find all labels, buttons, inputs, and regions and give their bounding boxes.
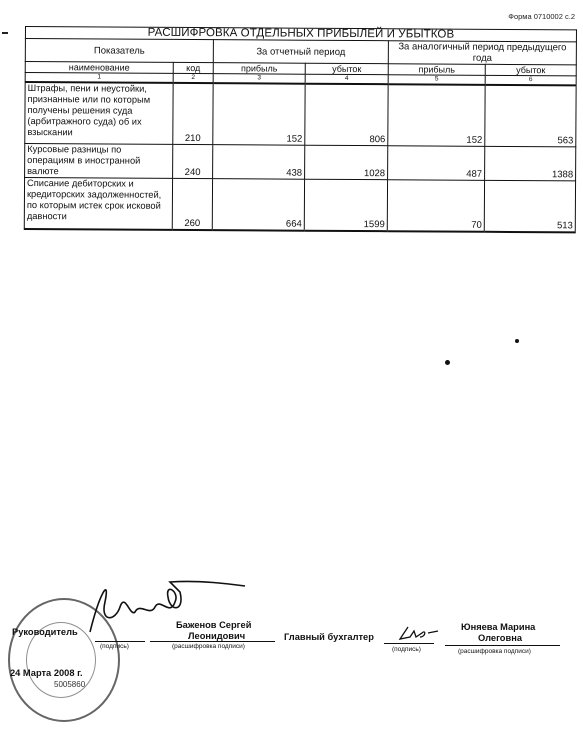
head-name-caption: (расшифровка подписи)	[172, 643, 245, 650]
header-current-period: За отчетный период	[213, 40, 388, 64]
current-profit-cell: 664	[212, 179, 304, 231]
head-name-line2: Леонидович	[188, 631, 245, 641]
head-signature-caption: (подпись)	[100, 643, 129, 650]
header-current-profit: прибыль	[213, 63, 305, 75]
column-number: 3	[213, 74, 305, 84]
report-table-container: РАСШИФРОВКА ОТДЕЛЬНЫХ ПРИБЫЛЕЙ И УБЫТКОВ…	[24, 26, 576, 233]
accountant-label: Главный бухгалтер	[284, 632, 374, 642]
header-previous-profit: прибыль	[388, 64, 485, 76]
current-loss-cell: 1599	[304, 179, 387, 231]
column-number: 4	[305, 74, 388, 84]
accountant-signature-line	[384, 643, 434, 644]
column-number: 6	[485, 75, 576, 85]
accountant-signature-scribble	[396, 625, 446, 643]
accountant-name-line1: Юняева Марина	[461, 622, 535, 632]
current-profit-cell: 438	[213, 145, 305, 180]
document-date: 24 Марта 2008 г.	[10, 668, 83, 678]
header-previous-loss: убыток	[485, 64, 576, 76]
previous-loss-cell: 513	[484, 180, 575, 232]
form-code: Форма 0710002 с.2	[508, 12, 575, 21]
header-code: код	[173, 62, 213, 73]
current-loss-cell: 1028	[305, 145, 388, 180]
accountant-name-line2: Олеговна	[478, 633, 522, 643]
scan-speck	[515, 339, 519, 343]
row-code: 240	[173, 144, 213, 178]
accountant-signature-caption: (подпись)	[392, 646, 421, 653]
previous-profit-cell: 152	[388, 84, 485, 146]
profits-losses-table: РАСШИФРОВКА ОТДЕЛЬНЫХ ПРИБЫЛЕЙ И УБЫТКОВ…	[24, 26, 577, 233]
header-indicator: Показатель	[25, 39, 213, 63]
accountant-name-line	[445, 645, 560, 646]
previous-profit-cell: 70	[387, 180, 484, 232]
table-row: Курсовые разницы по операциям в иностран…	[25, 144, 576, 181]
row-name: Штрафы, пени и неустойки, признанные или…	[25, 82, 173, 144]
table-row: Списание дебиторских и кредиторских задо…	[24, 178, 575, 233]
previous-loss-cell: 1388	[485, 146, 576, 181]
current-loss-cell: 806	[305, 84, 388, 146]
head-name-line	[150, 641, 275, 642]
column-number: 5	[388, 75, 485, 85]
row-name: Списание дебиторских и кредиторских задо…	[24, 178, 172, 230]
head-signature-line	[95, 641, 145, 642]
previous-profit-cell: 487	[388, 146, 485, 181]
previous-loss-cell: 563	[485, 85, 576, 147]
head-name-line1: Баженов Сергей	[176, 620, 251, 630]
scan-speck	[445, 360, 450, 365]
current-profit-cell: 152	[213, 83, 305, 145]
row-code: 210	[173, 83, 213, 145]
stamp-number: 5005860	[54, 680, 85, 689]
head-label: Руководитель	[12, 627, 78, 637]
row-code: 260	[172, 178, 212, 230]
scan-mark	[2, 32, 8, 34]
table-row: Штрафы, пени и неустойки, признанные или…	[25, 82, 576, 147]
header-current-loss: убыток	[305, 63, 388, 75]
column-number: 2	[173, 73, 213, 83]
header-name: наименование	[25, 62, 173, 74]
row-name: Курсовые разницы по операциям в иностран…	[25, 144, 173, 179]
header-previous-period: За аналогичный период предыдущего года	[388, 41, 576, 65]
accountant-name-caption: (расшифровка подписи)	[458, 648, 531, 655]
